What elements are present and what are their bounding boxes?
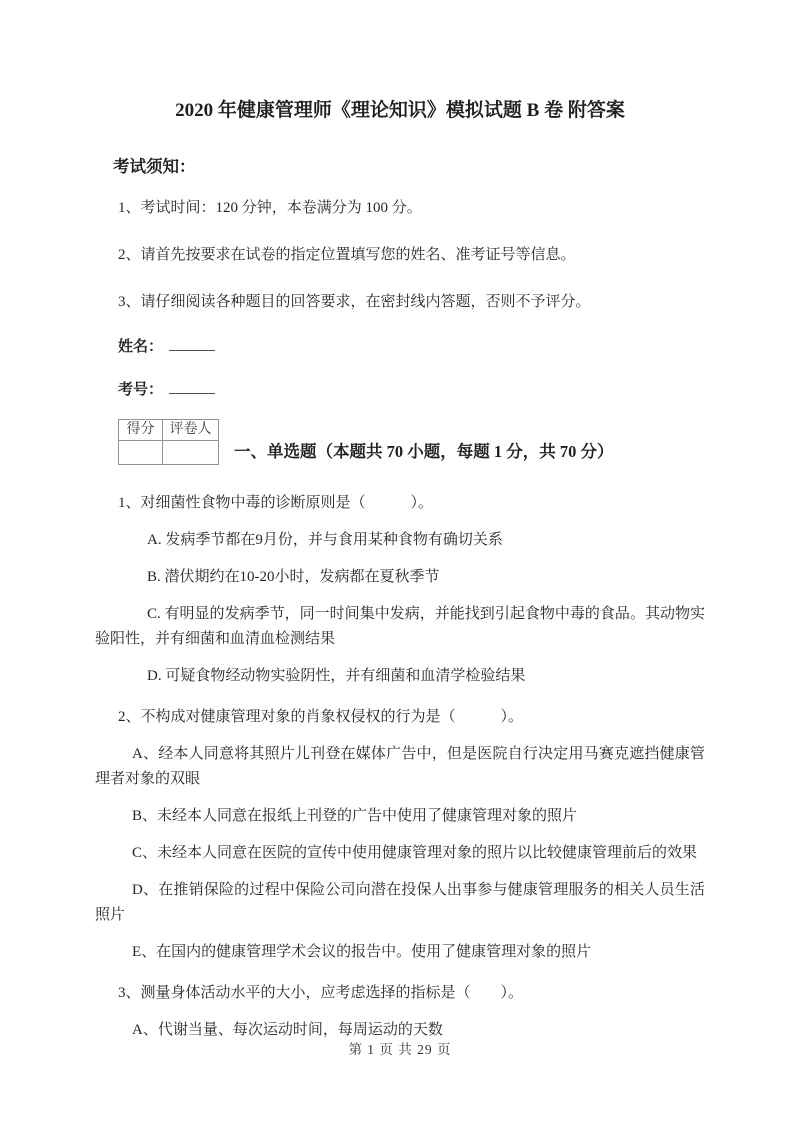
instruction-item-3: 3、请仔细阅读各种题目的回答要求，在密封线内答题，否则不予评分。: [95, 290, 705, 315]
question-3-number: 3、: [118, 985, 141, 1001]
question-3-text: 测量身体活动水平的大小，应考虑选择的指标是（ ）。: [141, 985, 524, 1001]
section-heading: 一、单选题（本题共 70 小题，每题 1 分，共 70 分）: [234, 440, 614, 464]
question-1: 1、对细菌性食物中毒的诊断原则是（ ）。: [95, 491, 705, 516]
question-2-text: 不构成对健康管理对象的肖象权侵权的行为是（ ）。: [141, 709, 524, 725]
instruction-item-1: 1、考试时间：120 分钟，本卷满分为 100 分。: [95, 196, 705, 221]
page-number-footer: 第 1 页 共 29 页: [0, 1038, 800, 1058]
document-content: 2020 年健康管理师《理论知识》模拟试题 B 卷 附答案 考试须知： 1、考试…: [0, 0, 800, 1043]
question-1-option-c: C. 有明显的发病季节，同一时间集中发病，并能找到引起食物中毒的食品。其动物实验…: [95, 602, 705, 652]
exam-no-blank-line: [169, 381, 215, 394]
question-1-option-b: B. 潜伏期约在10-20小时，发病都在夏秋季节: [95, 565, 705, 590]
score-table-header-row: 得分 评卷人: [119, 420, 219, 441]
exam-no-label: 考号：: [118, 382, 163, 398]
exam-no-field-row: 考号：: [118, 378, 705, 403]
instruction-item-2: 2、请首先按要求在试卷的指定位置填写您的姓名、准考证号等信息。: [95, 243, 705, 268]
question-2-option-c: C、未经本人同意在医院的宣传中使用健康管理对象的照片以比较健康管理前后的效果: [95, 841, 705, 866]
score-header-cell: 得分: [119, 420, 163, 441]
question-1-option-a: A. 发病季节都在9月份，并与食用某种食物有确切关系: [95, 528, 705, 553]
grader-header-cell: 评卷人: [163, 420, 219, 441]
question-2-option-a: A、经本人同意将其照片儿刊登在媒体广告中，但是医院自行决定用马赛克遮挡健康管理者…: [95, 742, 705, 792]
exam-document-page: 2020 年健康管理师《理论知识》模拟试题 B 卷 附答案 考试须知： 1、考试…: [0, 0, 800, 1132]
score-table-empty-row: [119, 441, 219, 465]
question-1-text: 对细菌性食物中毒的诊断原则是（ ）。: [141, 495, 434, 511]
question-2-option-d: D、在推销保险的过程中保险公司向潜在投保人出事参与健康管理服务的相关人员生活照片: [95, 878, 705, 928]
question-2-number: 2、: [118, 709, 141, 725]
question-1-option-d: D. 可疑食物经动物实验阴性，并有细菌和血清学检验结果: [95, 664, 705, 689]
question-3: 3、测量身体活动水平的大小，应考虑选择的指标是（ ）。: [95, 981, 705, 1006]
name-field-row: 姓名：: [118, 335, 705, 360]
score-value-cell: [119, 441, 163, 465]
section-row: 得分 评卷人 一、单选题（本题共 70 小题，每题 1 分，共 70 分）: [118, 419, 705, 465]
question-1-number: 1、: [118, 495, 141, 511]
page-title: 2020 年健康管理师《理论知识》模拟试题 B 卷 附答案: [95, 98, 705, 124]
name-label: 姓名：: [118, 339, 163, 355]
name-blank-line: [169, 338, 215, 351]
score-table: 得分 评卷人: [118, 419, 219, 465]
question-2-option-e: E、在国内的健康管理学术会议的报告中。使用了健康管理对象的照片: [95, 940, 705, 965]
question-2: 2、不构成对健康管理对象的肖象权侵权的行为是（ ）。: [95, 705, 705, 730]
notice-heading: 考试须知：: [95, 154, 705, 179]
question-2-option-b: B、未经本人同意在报纸上刊登的广告中使用了健康管理对象的照片: [95, 804, 705, 829]
grader-value-cell: [163, 441, 219, 465]
